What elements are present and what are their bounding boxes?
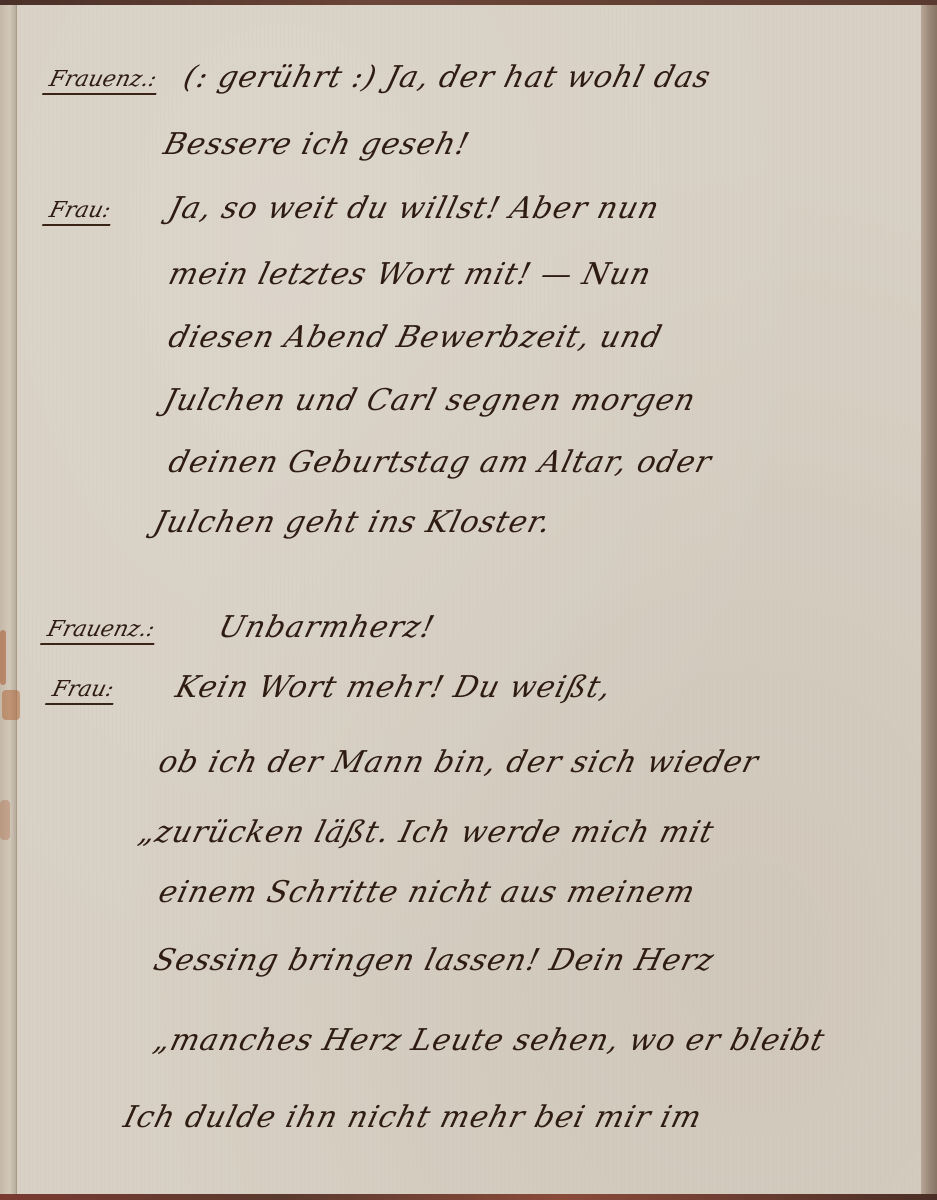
manuscript-line: Julchen und Carl segnen morgen xyxy=(160,383,700,418)
manuscript-line: Ich dulde ihn nicht mehr bei mir im xyxy=(120,1100,706,1135)
manuscript-line: ob ich der Mann bin, der sich wieder xyxy=(155,745,762,780)
manuscript-line: Julchen geht ins Kloster. xyxy=(150,505,555,540)
manuscript-line: (: gerührt :) Ja, der hat wohl das xyxy=(180,60,715,95)
manuscript-line: diesen Abend Bewerbzeit, und xyxy=(165,320,666,355)
manuscript-page: Frauenz.: Frau: Frauenz.: Frau: (: gerüh… xyxy=(0,5,937,1194)
manuscript-line: Sessing bringen lassen! Dein Herz xyxy=(150,943,718,978)
manuscript-line: mein letztes Wort mit! — Nun xyxy=(165,257,655,292)
manuscript-line: Bessere ich geseh! xyxy=(160,127,473,162)
speaker-label: Frau: xyxy=(45,677,120,705)
speaker-label: Frauenz.: xyxy=(42,67,163,95)
manuscript-line: einem Schritte nicht aus meinem xyxy=(155,875,699,910)
book-binding-bottom-edge xyxy=(0,1194,937,1200)
manuscript-line: Unbarmherz! xyxy=(215,610,438,645)
manuscript-line: „zurücken läßt. Ich werde mich mit xyxy=(135,815,718,850)
manuscript-line: „manches Herz Leute sehen, wo er bleibt xyxy=(150,1023,829,1058)
manuscript-line: Kein Wort mehr! Du weißt, xyxy=(172,670,615,705)
speaker-label: Frau: xyxy=(42,198,117,226)
speaker-label: Frauenz.: xyxy=(40,617,161,645)
handwritten-text-block: Frauenz.: Frau: Frauenz.: Frau: (: gerüh… xyxy=(0,5,937,1194)
manuscript-line: Ja, so weit du willst! Aber nun xyxy=(165,191,663,226)
manuscript-line: deinen Geburtstag am Altar, oder xyxy=(165,445,715,480)
